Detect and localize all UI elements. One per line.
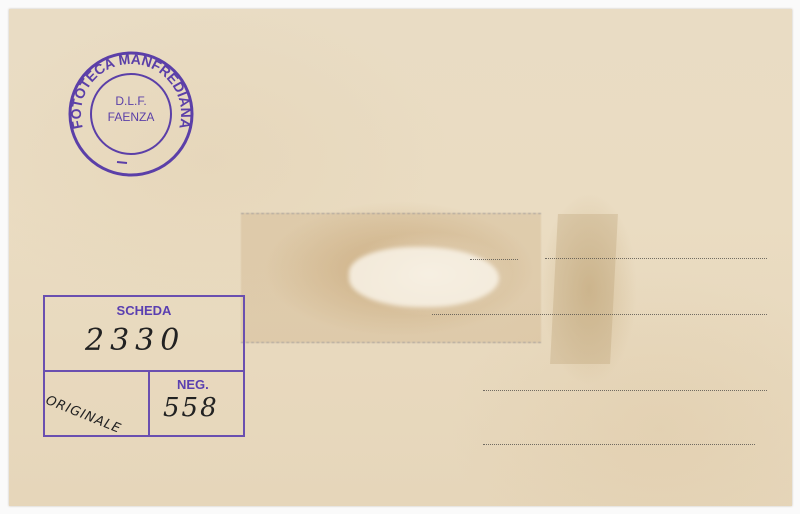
address-line: [432, 314, 767, 315]
tape-residue: [550, 214, 618, 364]
paper-tear-patch: [349, 247, 499, 307]
divider: [45, 370, 243, 372]
address-line: [545, 258, 767, 259]
originale-text: ORIGINALE: [43, 393, 123, 437]
neg-label: NEG.: [177, 377, 209, 392]
stamp-inner-line1: D.L.F.: [115, 94, 146, 108]
record-box: SCHEDA 2330 ORIGINALE NEG. 558: [43, 295, 245, 437]
fototeca-stamp: FOTOTECA MANFREDIANA D.L.F. FAENZA: [65, 50, 197, 178]
scheda-number: 2330: [85, 323, 185, 358]
address-line: [483, 390, 767, 391]
divider: [148, 370, 150, 435]
scheda-label: SCHEDA: [45, 303, 243, 318]
neg-number: 558: [163, 393, 219, 423]
address-line: [483, 444, 755, 445]
stamp-inner-line2: FAENZA: [108, 110, 155, 124]
address-line: [470, 259, 518, 260]
